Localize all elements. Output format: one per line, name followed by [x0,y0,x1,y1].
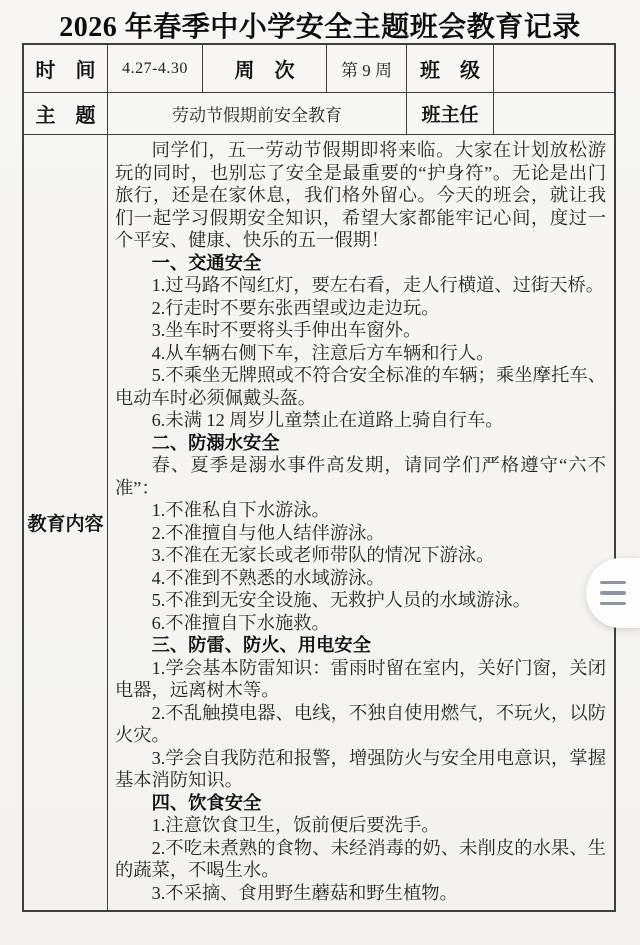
time-value: 4.27-4.30 [108,45,203,93]
section-3-item: 1.学会基本防雷知识：雷雨时留在室内，关好门窗，关闭电器，远离树木等。 [115,657,606,702]
section-4-item: 2.不吃未煮熟的食物、未经消毒的奶、未削皮的水果、生的蔬菜，不喝生水。 [115,837,606,882]
topic-value: 劳动节假期前安全教育 [108,93,407,135]
section-3-item: 3.学会自我防范和报警，增强防火与安全用电意识，掌握基本消防知识。 [115,747,606,792]
teacher-value-blank [494,93,614,135]
topic-label: 主 题 [24,93,108,135]
section-1-item: 6.未满 12 周岁儿童禁止在道路上骑自行车。 [115,409,606,432]
section-1-item: 1.过马路不闯红灯，要左右看，走人行横道、过街天桥。 [115,274,606,297]
hamburger-menu-icon [600,581,626,585]
section-3-item: 2.不乱触摸电器、电线，不独自使用燃气，不玩火，以防火灾。 [115,702,606,747]
teacher-label: 班主任 [407,93,494,135]
section-4-heading: 四、饮食安全 [115,792,606,815]
section-1-heading: 一、交通安全 [115,252,606,275]
time-label: 时 间 [24,45,108,93]
class-value-blank [494,45,614,93]
section-4-item: 1.注意饮食卫生，饭前便后要洗手。 [115,814,606,837]
section-4-item: 3.不采摘、食用野生蘑菇和野生植物。 [115,882,606,905]
section-1-item: 5.不乘坐无牌照或不符合安全标准的车辆；乘坐摩托车、电动车时必须佩戴头盔。 [115,364,606,409]
page-title: 2026 年春季中小学安全主题班会教育记录 [0,0,640,45]
week-label: 周 次 [203,45,327,93]
section-2-item: 4.不准到不熟悉的水域游泳。 [115,567,606,590]
section-2-item: 2.不准擅自与他人结伴游泳。 [115,522,606,545]
section-3-heading: 三、防雷、防火、用电安全 [115,634,606,657]
section-1-item: 2.行走时不要东张西望或边走边玩。 [115,297,606,320]
section-2-intro: 春、夏季是溺水事件高发期，请同学们严格遵守“六不准”： [115,454,606,499]
section-2-item: 5.不准到无安全设施、无救护人员的水域游泳。 [115,589,606,612]
content-intro-paragraph: 同学们，五一劳动节假期即将来临。大家在计划放松游玩的同时，也别忘了安全是最重要的… [115,139,606,252]
hamburger-menu-icon [600,602,626,606]
section-2-heading: 二、防溺水安全 [115,432,606,455]
section-2-item: 3.不准在无家长或老师带队的情况下游泳。 [115,544,606,567]
education-content: 同学们，五一劳动节假期即将来临。大家在计划放松游玩的同时，也别忘了安全是最重要的… [108,135,614,910]
class-label: 班 级 [407,45,494,93]
week-value: 第 9 周 [327,45,407,93]
section-2-item: 6.不准擅自下水施救。 [115,612,606,635]
record-table: 时 间 4.27-4.30 周 次 第 9 周 班 级 主 题 劳动节假期前安全… [22,43,616,912]
section-2-item: 1.不准私自下水游泳。 [115,499,606,522]
content-label: 教育内容 [24,135,108,910]
hamburger-menu-icon [600,591,626,595]
section-1-item: 4.从车辆右侧下车，注意后方车辆和行人。 [115,342,606,365]
section-1-item: 3.坐车时不要将头手伸出车窗外。 [115,319,606,342]
